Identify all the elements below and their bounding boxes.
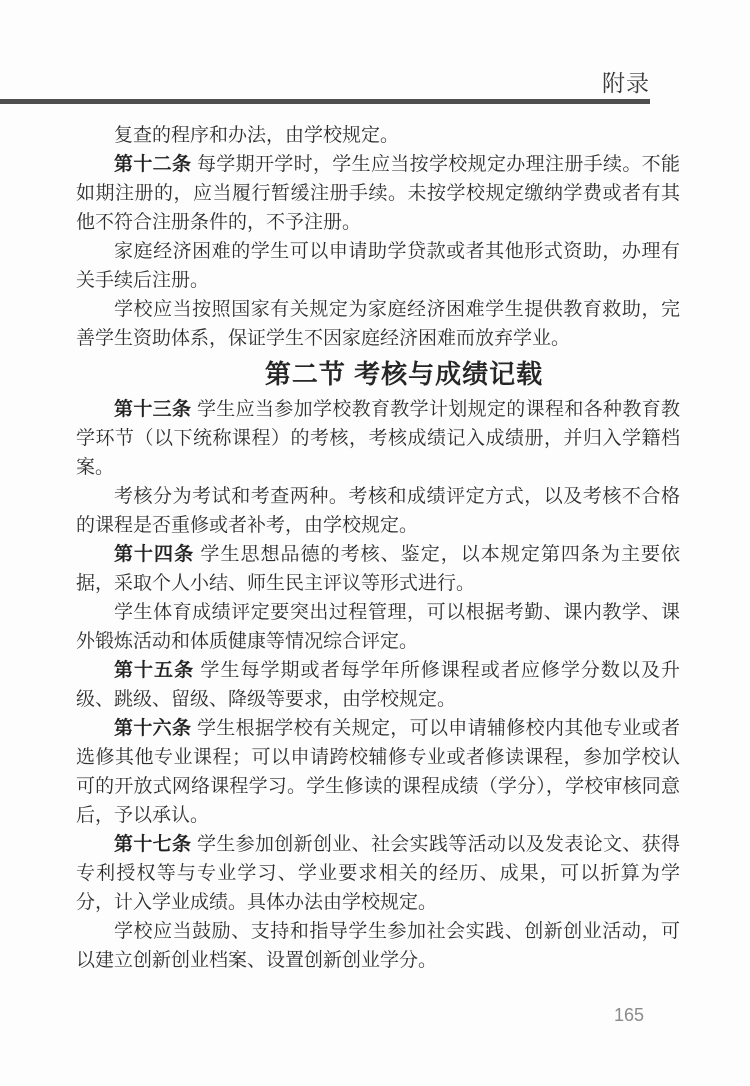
article-number: 第十三条 — [114, 399, 191, 420]
paragraph: 家庭经济困难的学生可以申请助学贷款或者其他形式资助，办理有关手续后注册。 — [76, 237, 680, 295]
paragraph: 考核分为考试和考查两种。考核和成绩评定方式，以及考核不合格的课程是否重修或者补考… — [76, 482, 680, 540]
paragraph: 学校应当鼓励、支持和指导学生参加社会实践、创新创业活动，可以建立创新创业档案、设… — [76, 917, 680, 975]
article-number: 第十四条 — [114, 544, 194, 565]
paragraph-text: 考核分为考试和考查两种。考核和成绩评定方式，以及考核不合格的课程是否重修或者补考… — [76, 486, 680, 536]
paragraph-text: 学生体育成绩评定要突出过程管理，可以根据考勤、课内教学、课外锻炼活动和体质健康等… — [76, 602, 680, 652]
body-text: 复查的程序和办法，由学校规定。 第十二条 每学期开学时，学生应当按学校规定办理注… — [76, 121, 680, 975]
paragraph-text: 学校应当鼓励、支持和指导学生参加社会实践、创新创业活动，可以建立创新创业档案、设… — [76, 921, 680, 971]
article-number: 第十五条 — [114, 660, 194, 681]
paragraph: 第十四条 学生思想品德的考核、鉴定，以本规定第四条为主要依据，采取个人小结、师生… — [76, 540, 680, 598]
paragraph: 学生体育成绩评定要突出过程管理，可以根据考勤、课内教学、课外锻炼活动和体质健康等… — [76, 598, 680, 656]
page-number: 165 — [614, 1004, 644, 1026]
paragraph: 学校应当按照国家有关规定为家庭经济困难学生提供教育救助，完善学生资助体系，保证学… — [76, 295, 680, 353]
paragraph: 复查的程序和办法，由学校规定。 — [76, 121, 680, 150]
running-header: 附录 — [0, 70, 650, 96]
article-number: 第十六条 — [114, 718, 191, 739]
paragraph: 第十六条 学生根据学校有关规定，可以申请辅修校内其他专业或者选修其他专业课程；可… — [76, 714, 680, 830]
article-number: 第十七条 — [114, 834, 191, 855]
section-heading: 第二节 考核与成绩记载 — [76, 353, 680, 395]
paragraph: 第十三条 学生应当参加学校教育教学计划规定的课程和各种教育教学环节（以下统称课程… — [76, 395, 680, 482]
paragraph-text: 复查的程序和办法，由学校规定。 — [114, 125, 399, 146]
article-number: 第十二条 — [114, 154, 191, 175]
paragraph: 第十二条 每学期开学时，学生应当按学校规定办理注册手续。不能如期注册的，应当履行… — [76, 150, 680, 237]
paragraph-text: 学校应当按照国家有关规定为家庭经济困难学生提供教育救助，完善学生资助体系，保证学… — [76, 299, 680, 349]
document-page: 附录 复查的程序和办法，由学校规定。 第十二条 每学期开学时，学生应当按学校规定… — [0, 0, 750, 1086]
paragraph: 第十五条 学生每学期或者每学年所修课程或者应修学分数以及升级、跳级、留级、降级等… — [76, 656, 680, 714]
paragraph: 第十七条 学生参加创新创业、社会实践等活动以及发表论文、获得专利授权等与专业学习… — [76, 830, 680, 917]
paragraph-text: 家庭经济困难的学生可以申请助学贷款或者其他形式资助，办理有关手续后注册。 — [76, 241, 680, 291]
header-divider — [0, 99, 650, 104]
